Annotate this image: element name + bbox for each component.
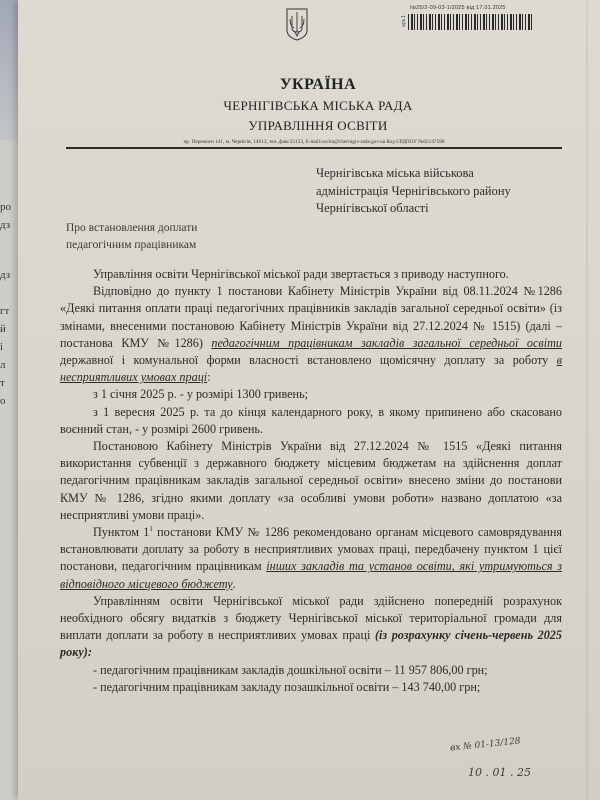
- edge-letter: гт: [0, 304, 14, 318]
- underlying-page-text: ро дз дз гт й і л т о: [0, 200, 14, 412]
- letterhead-divider: [66, 147, 562, 149]
- coat-of-arms-icon: [286, 8, 308, 41]
- paragraph-resolution-1286: Відповідно до пункту 1 постанови Кабінет…: [60, 283, 562, 386]
- paragraph-rate-january: з 1 січня 2025 р. - у розмірі 1300 гриве…: [60, 386, 562, 403]
- barcode-icon: [408, 14, 534, 30]
- list-item-preschool: - педагогічним працівникам закладів дошк…: [60, 662, 562, 679]
- handwritten-registration: вх № 01-13/128: [450, 736, 521, 753]
- paragraph-resolution-1515: Постановою Кабінету Міністрів України ві…: [60, 438, 562, 524]
- letterhead-address: пр. Перемоги 141, м. Чернігів, 14013, те…: [66, 139, 562, 145]
- recipient-line: Чернігівської області: [316, 200, 576, 218]
- edge-letter: о: [0, 394, 14, 408]
- handwritten-date: 10 . 01 . 25: [468, 766, 531, 779]
- letter-body: Управління освіти Чернігівської міської …: [60, 266, 562, 696]
- paragraph-intro: Управління освіти Чернігівської міської …: [60, 266, 562, 283]
- subject-block: Про встановлення доплати педагогічним пр…: [66, 220, 326, 254]
- text-span: Пунктом 1: [93, 525, 149, 539]
- text-span: державної і комунальної форми власності …: [60, 353, 557, 367]
- paragraph-recommendation: Пунктом 11 постанови КМУ № 1286 рекоменд…: [60, 524, 562, 593]
- edge-letter: л: [0, 358, 14, 372]
- paragraph-rate-september: з 1 вересня 2025 р. та до кінця календар…: [60, 404, 562, 438]
- registration-number: №25/2-09-03-1/2025 від 17.01.2025: [410, 5, 506, 11]
- letterhead-country: УКРАЇНА: [118, 76, 518, 94]
- paragraph-calculation: Управлінням освіти Чернігівської міської…: [60, 593, 562, 662]
- barcode-side-label: арк.1: [401, 15, 407, 27]
- letterhead-council: ЧЕРНІГІВСЬКА МІСЬКА РАДА: [118, 98, 518, 114]
- registration-stamp: №25/2-09-03-1/2025 від 17.01.2025 арк.1: [396, 0, 566, 40]
- letterhead-department: УПРАВЛІННЯ ОСВІТИ: [118, 118, 518, 134]
- edge-letter: ро: [0, 200, 14, 214]
- recipient-line: адміністрація Чернігівського району: [316, 183, 576, 201]
- letter-page: №25/2-09-03-1/2025 від 17.01.2025 арк.1 …: [18, 0, 600, 800]
- subject-line: Про встановлення доплати: [66, 220, 326, 237]
- list-item-extracurricular: - педагогічним працівникам закладу позаш…: [60, 679, 562, 696]
- edge-letter: й: [0, 322, 14, 336]
- edge-letter: дз: [0, 268, 14, 282]
- emphasized-text: педагогічним працівникам закладів загаль…: [211, 336, 562, 350]
- recipient-block: Чернігівська міська військова адміністра…: [316, 165, 576, 218]
- recipient-line: Чернігівська міська військова: [316, 165, 576, 183]
- text-span: :: [207, 370, 210, 384]
- subject-line: педагогічним працівникам: [66, 237, 326, 254]
- edge-letter: т: [0, 376, 14, 390]
- edge-letter: дз: [0, 218, 14, 232]
- text-span: .: [233, 577, 236, 591]
- edge-letter: і: [0, 340, 14, 354]
